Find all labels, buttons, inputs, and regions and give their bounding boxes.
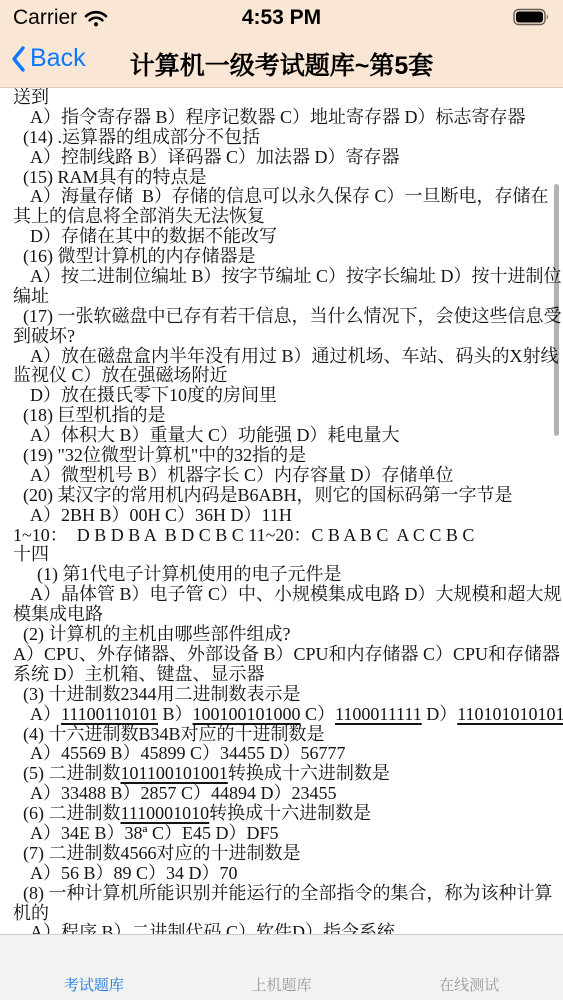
scrollbar-thumb[interactable] [554,184,559,436]
text-line: A）放在磁盘盒内半年没有用过 B）通过机场、车站、码头的X射线 [13,347,557,367]
text-line: (14) .运算器的组成部分不包括 [13,128,557,148]
text-line: A）56 B）89 C）34 D）70 [13,864,557,884]
text-line: A）晶体管 B）电子管 C）中、小规模集成电路 D）大规模和超大规 [13,585,557,605]
chevron-left-icon [10,45,26,73]
text-line: 送到 [13,88,557,108]
app-screen: Carrier 4:53 PM [0,0,563,1000]
text-line: (17) 一张软磁盘中已存有若干信息，当什么情况下，会使这些信息受 [13,307,557,327]
text-line: (1) 第1代电子计算机使用的电子元件是 [13,565,557,585]
text-line: (7) 二进制数4566对应的十进制数是 [13,844,557,864]
text-line: 模集成电路 [13,605,557,625]
text-line: (3) 十进制数2344用二进制数表示是 [13,685,557,705]
clock: 4:53 PM [0,6,563,30]
text-line: (8) 一种计算机所能识别并能运行的全部指令的集合，称为该种计算 [13,884,557,904]
text-line: 机的 [13,904,557,924]
text-line: (5) 二进制数101100101001转换成十六进制数是 [13,764,557,784]
nav-bar: Back 计算机一级考试题库~第5套 [0,35,563,88]
text-line: (18) 巨型机指的是 [13,406,557,426]
battery-icon [513,8,551,26]
text-line: A）2BH B）00H C）36H D）11H [13,506,557,526]
text-line: D）放在摄氏零下10度的房间里 [13,386,557,406]
text-line: A）45569 B）45899 C）34455 D）56777 [13,744,557,764]
text-line: (19) "32位微型计算机"中的32指的是 [13,446,557,466]
header: Carrier 4:53 PM [0,0,563,88]
text-line: 十四 [13,545,557,565]
text-line: A）体积大 B）重量大 C）功能强 D）耗电量大 [13,426,557,446]
question-text[interactable]: 送到A）指令寄存器 B）程序记数器 C）地址寄存器 D）标志寄存器(14) .运… [0,88,563,934]
text-line: A）11100110101 B）100100101000 C）110001111… [13,705,557,725]
text-line: 其上的信息将全部消失无法恢复 [13,207,557,227]
text-line: D）存储在其中的数据不能改写 [13,227,557,247]
tab-label: 上机题库 [252,974,312,995]
text-line: 1~10： D B D B A B D C B C 11~20：C B A B … [13,526,557,546]
text-line: (6) 二进制数1110001010转换成十六进制数是 [13,804,557,824]
text-line: A）33488 B）2857 C）44894 D）23455 [13,784,557,804]
tab-label: 考试题库 [64,974,124,995]
text-line: A）按二进制位编址 B）按字节编址 C）按字长编址 D）按十进制位 [13,267,557,287]
text-line: (2) 计算机的主机由哪些部件组成? [13,625,557,645]
tab-label: 在线测试 [439,974,499,995]
tab-bar: 考试题库上机题库在线测试 [0,934,563,1000]
text-line: (15) RAM具有的特点是 [13,168,557,188]
text-line: (20) 某汉字的常用机内码是B6ABH，则它的国标码第一字节是 [13,486,557,506]
text-line: (4) 十六进制数B34B对应的十进制数是 [13,725,557,745]
text-line: 系统 D）主机箱、键盘、显示器 [13,665,557,685]
text-line: A）微型机号 B）机器字长 C）内存容量 D）存储单位 [13,466,557,486]
text-line: A）程序 B）二进制代码 C）软件D）指令系统 [13,923,557,934]
text-line: 到破坏? [13,327,557,347]
text-line: A）控制线路 B）译码器 C）加法器 D）寄存器 [13,148,557,168]
text-line: A）指令寄存器 B）程序记数器 C）地址寄存器 D）标志寄存器 [13,108,557,128]
tab-item-2[interactable]: 上机题库 [188,935,376,1000]
tab-item-1[interactable]: 考试题库 [0,935,188,1000]
text-line: 监视仪 C）放在强磁场附近 [13,366,557,386]
page-title: 计算机一级考试题库~第5套 [60,46,503,82]
text-line: A）CPU、外存储器、外部设备 B）CPU和内存储器 C）CPU和存储器 [13,645,557,665]
text-line: (16) 微型计算机的内存储器是 [13,247,557,267]
text-line: A）海量存储 B）存储的信息可以永久保存 C）一旦断电，存储在 [13,187,557,207]
tab-item-3[interactable]: 在线测试 [375,935,563,1000]
status-bar: Carrier 4:53 PM [0,0,563,35]
text-line: A）34E B）38ª C）E45 D）DF5 [13,824,557,844]
text-line: 编址 [13,287,557,307]
